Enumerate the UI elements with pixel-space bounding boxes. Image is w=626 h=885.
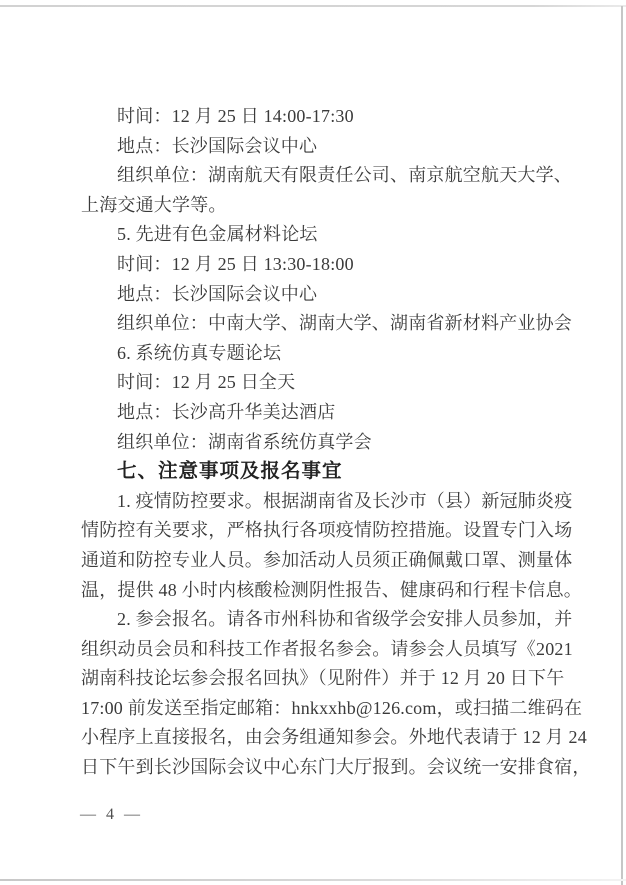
forum4-location-line: 地点：长沙国际会议中心 [81, 132, 564, 162]
registration-para-line-1: 2. 参会报名。请各市州科协和省级学会安排人员参加，并 [81, 605, 564, 635]
forum4-organizer-line-2: 上海交通大学等。 [81, 191, 564, 221]
forum6-location-line: 地点：长沙高升华美达酒店 [81, 398, 564, 428]
document-body: 时间：12 月 25 日 14:00-17:30 地点：长沙国际会议中心 组织单… [81, 102, 564, 783]
epidemic-para-line-1: 1. 疫情防控要求。根据湖南省及长沙市（县）新冠肺炎疫 [81, 487, 564, 517]
forum6-title-line: 6. 系统仿真专题论坛 [81, 339, 564, 369]
forum5-organizer-line: 组织单位：中南大学、湖南大学、湖南省新材料产业协会 [81, 309, 564, 339]
forum5-title-line: 5. 先进有色金属材料论坛 [81, 220, 564, 250]
registration-para-line-4: 17:00 前发送至指定邮箱：hnkxxhb@126.com，或扫描二维码在 [81, 694, 564, 724]
section-heading-notes: 七、注意事项及报名事宜 [81, 457, 564, 487]
forum5-location-line: 地点：长沙国际会议中心 [81, 280, 564, 310]
scan-edge-bottom [0, 879, 626, 881]
scanned-document-page: 时间：12 月 25 日 14:00-17:30 地点：长沙国际会议中心 组织单… [0, 0, 626, 885]
forum5-time-line: 时间：12 月 25 日 13:30-18:00 [81, 250, 564, 280]
scan-edge-right [621, 6, 623, 885]
forum4-time-line: 时间：12 月 25 日 14:00-17:30 [81, 102, 564, 132]
registration-para-line-2: 组织动员会员和科技工作者报名参会。请参会人员填写《2021 [81, 635, 564, 665]
registration-para-line-5: 小程序上直接报名，由会务组通知参会。外地代表请于 12 月 24 [81, 723, 564, 753]
epidemic-para-line-2: 情防控有关要求，严格执行各项疫情防控措施。设置专门入场 [81, 516, 564, 546]
registration-para-line-6: 日下午到长沙国际会议中心东门大厅报到。会议统一安排食宿， [81, 753, 564, 783]
scan-edge-top [0, 5, 626, 7]
epidemic-para-line-4: 温，提供 48 小时内核酸检测阴性报告、健康码和行程卡信息。 [81, 576, 564, 606]
page-number: — 4 — [80, 806, 143, 824]
forum4-organizer-line: 组织单位：湖南航天有限责任公司、南京航空航天大学、 [81, 161, 564, 191]
epidemic-para-line-3: 通道和防控专业人员。参加活动人员须正确佩戴口罩、测量体 [81, 546, 564, 576]
forum6-organizer-line: 组织单位：湖南省系统仿真学会 [81, 428, 564, 458]
forum6-time-line: 时间：12 月 25 日全天 [81, 368, 564, 398]
registration-para-line-3: 湖南科技论坛参会报名回执》（见附件）并于 12 月 20 日下午 [81, 664, 564, 694]
